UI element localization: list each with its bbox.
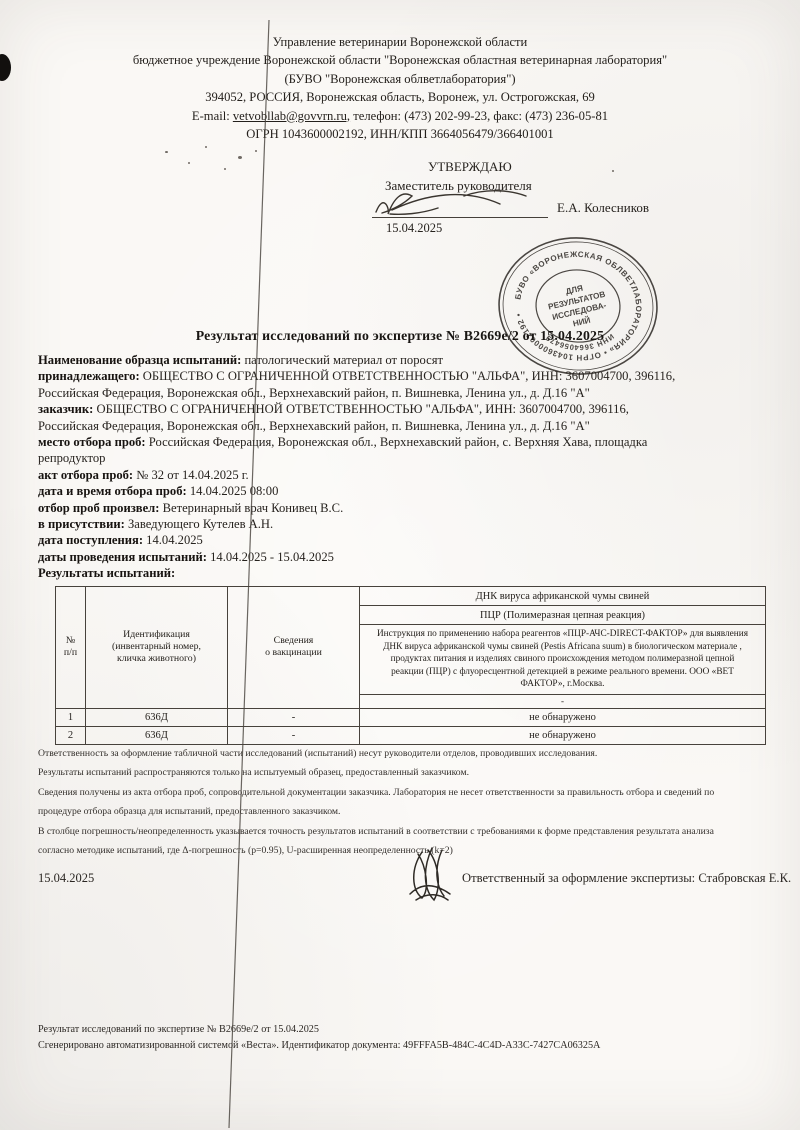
scan-speck xyxy=(238,156,242,159)
scan-speck xyxy=(188,162,190,164)
scan-speck xyxy=(255,150,257,152)
scan-speck xyxy=(224,168,226,170)
scan-fold-line xyxy=(0,0,800,1130)
scan-speck xyxy=(612,170,614,172)
scan-speck xyxy=(205,146,207,148)
scan-speck xyxy=(165,151,168,153)
scanned-document-page: Управление ветеринарии Воронежской облас… xyxy=(0,0,800,1130)
